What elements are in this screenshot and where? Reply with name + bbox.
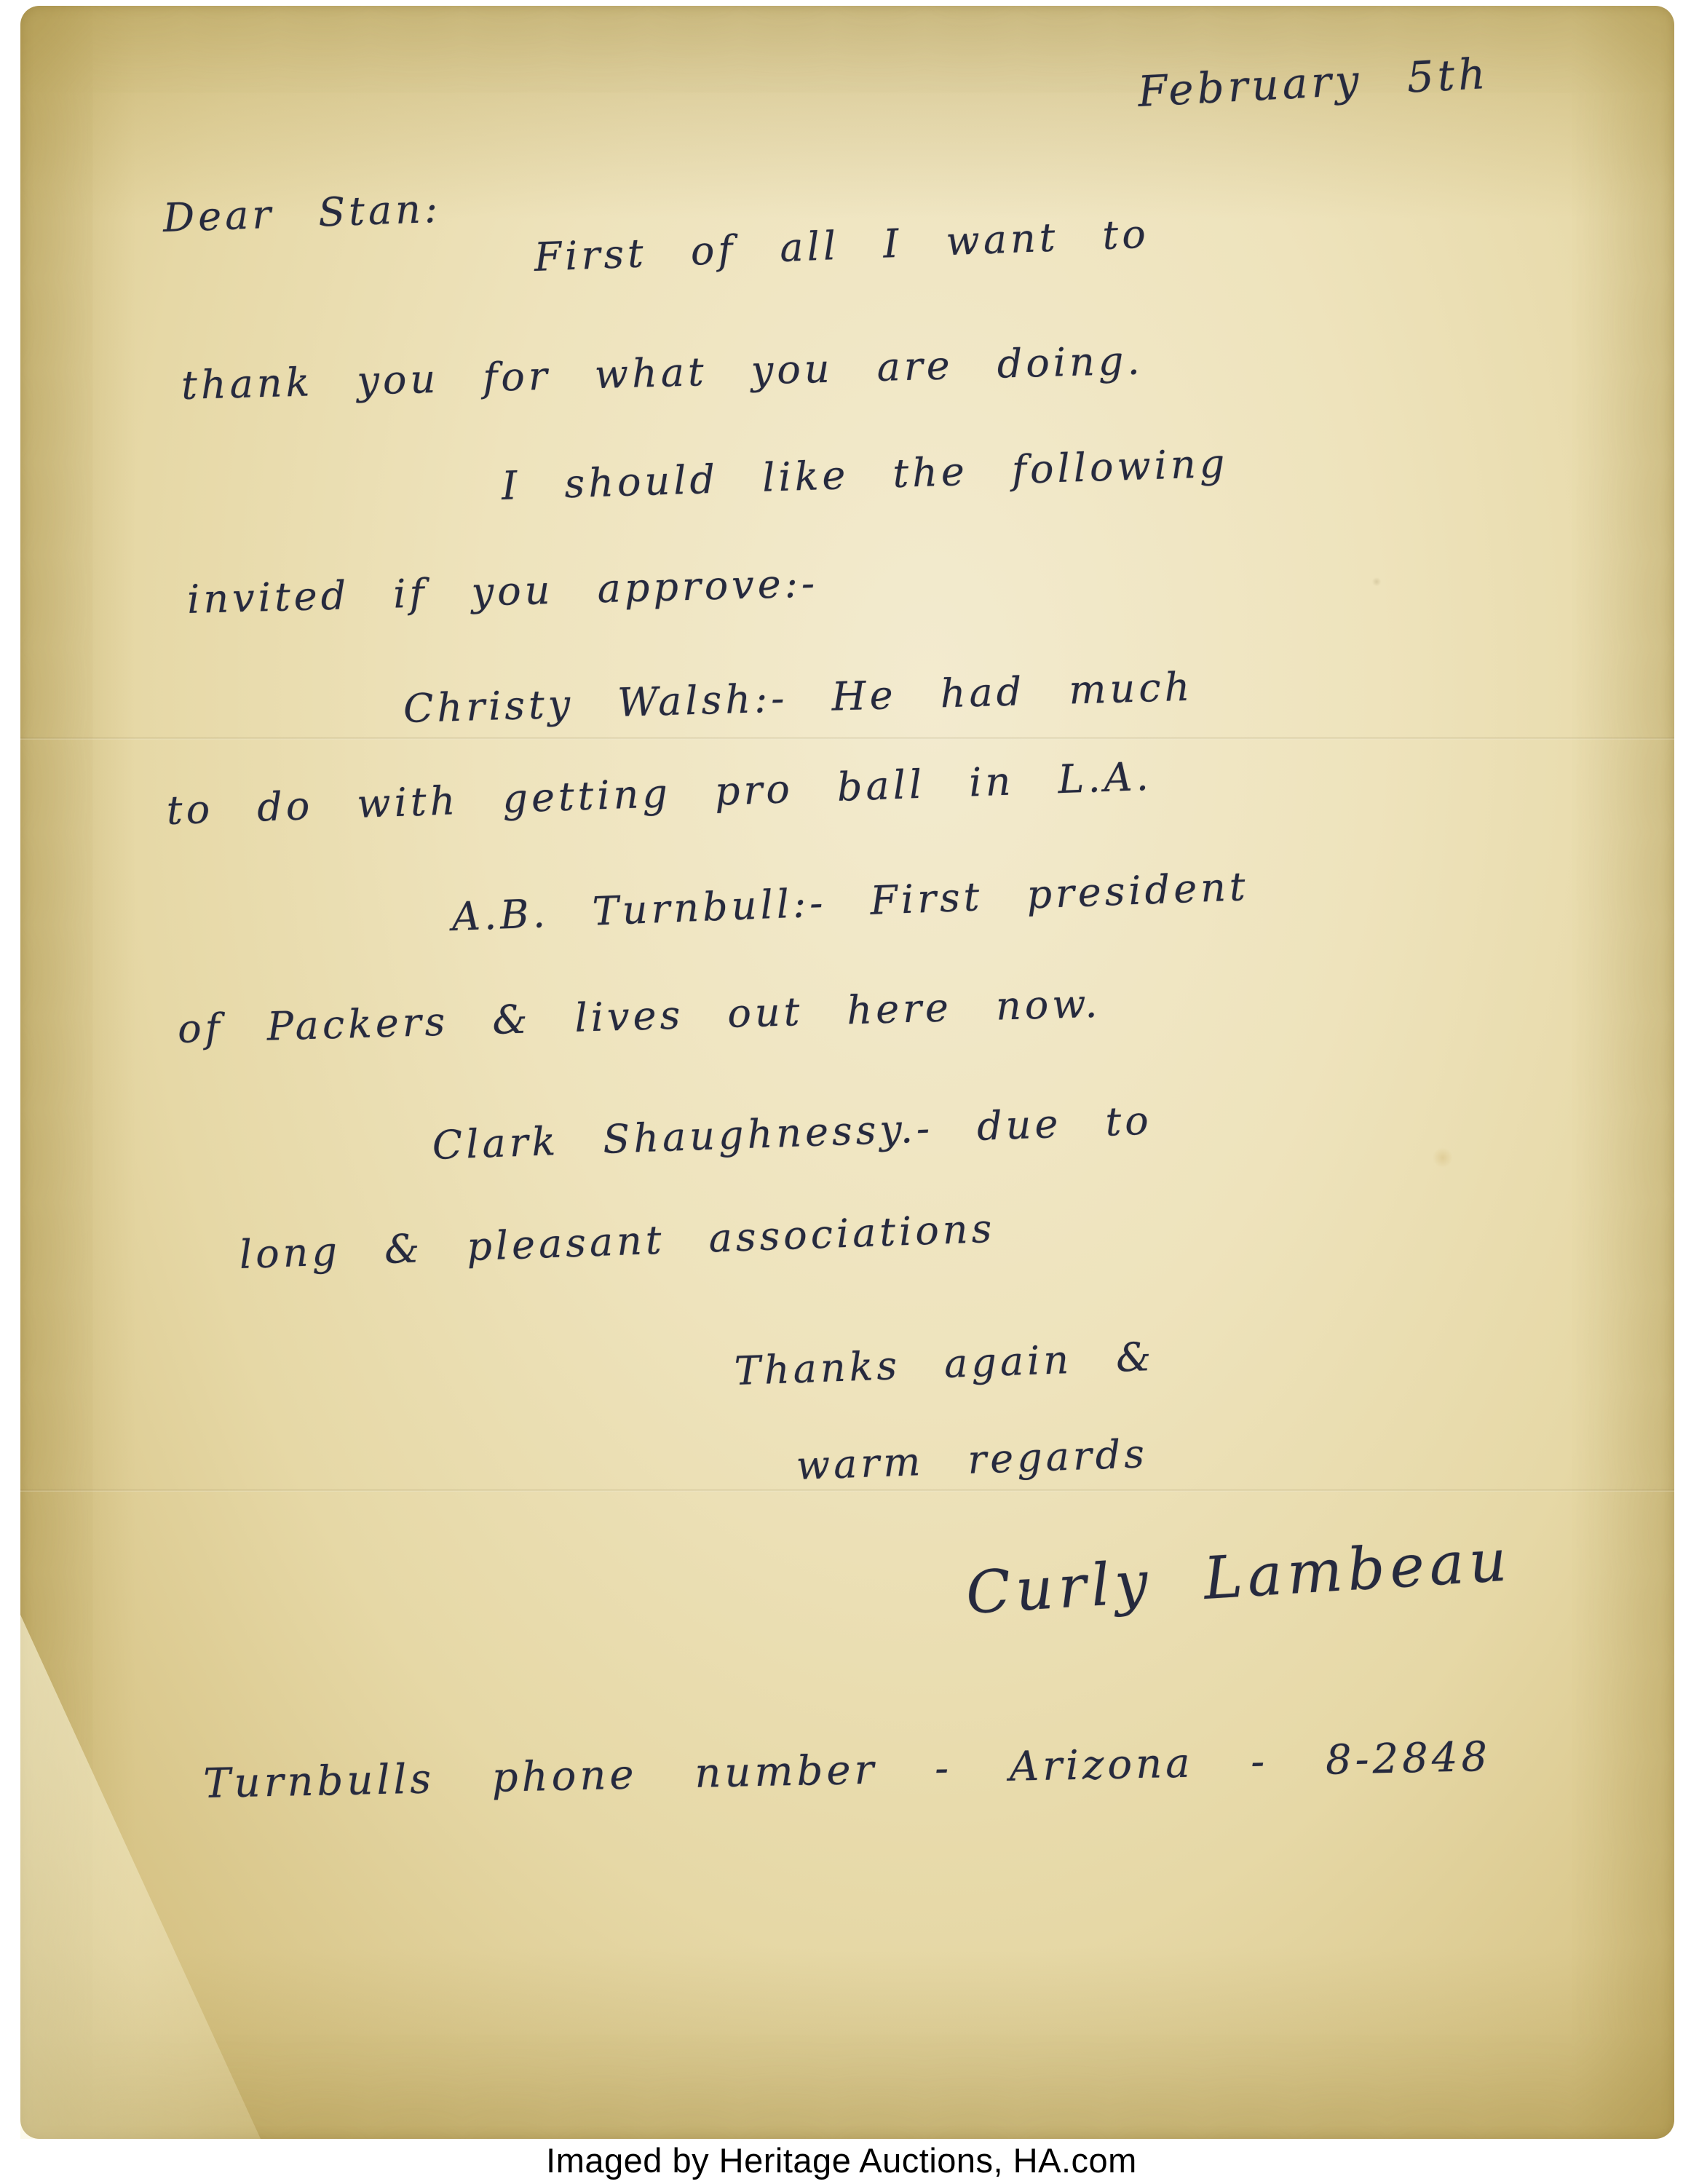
letter-salutation: Dear Stan: bbox=[162, 186, 442, 241]
fold-crease-upper bbox=[20, 737, 1674, 740]
imaging-caption-strip: Imaged by Heritage Auctions, HA.com bbox=[0, 2139, 1683, 2184]
fold-crease-lower bbox=[20, 1489, 1674, 1492]
imaging-caption-text: Imaged by Heritage Auctions, HA.com bbox=[546, 2143, 1137, 2180]
scanned-letter-image: February 5th Dear Stan: First of all I w… bbox=[0, 0, 1683, 2184]
letter-paper bbox=[20, 6, 1674, 2139]
paper-corner-highlight bbox=[20, 1615, 261, 2139]
